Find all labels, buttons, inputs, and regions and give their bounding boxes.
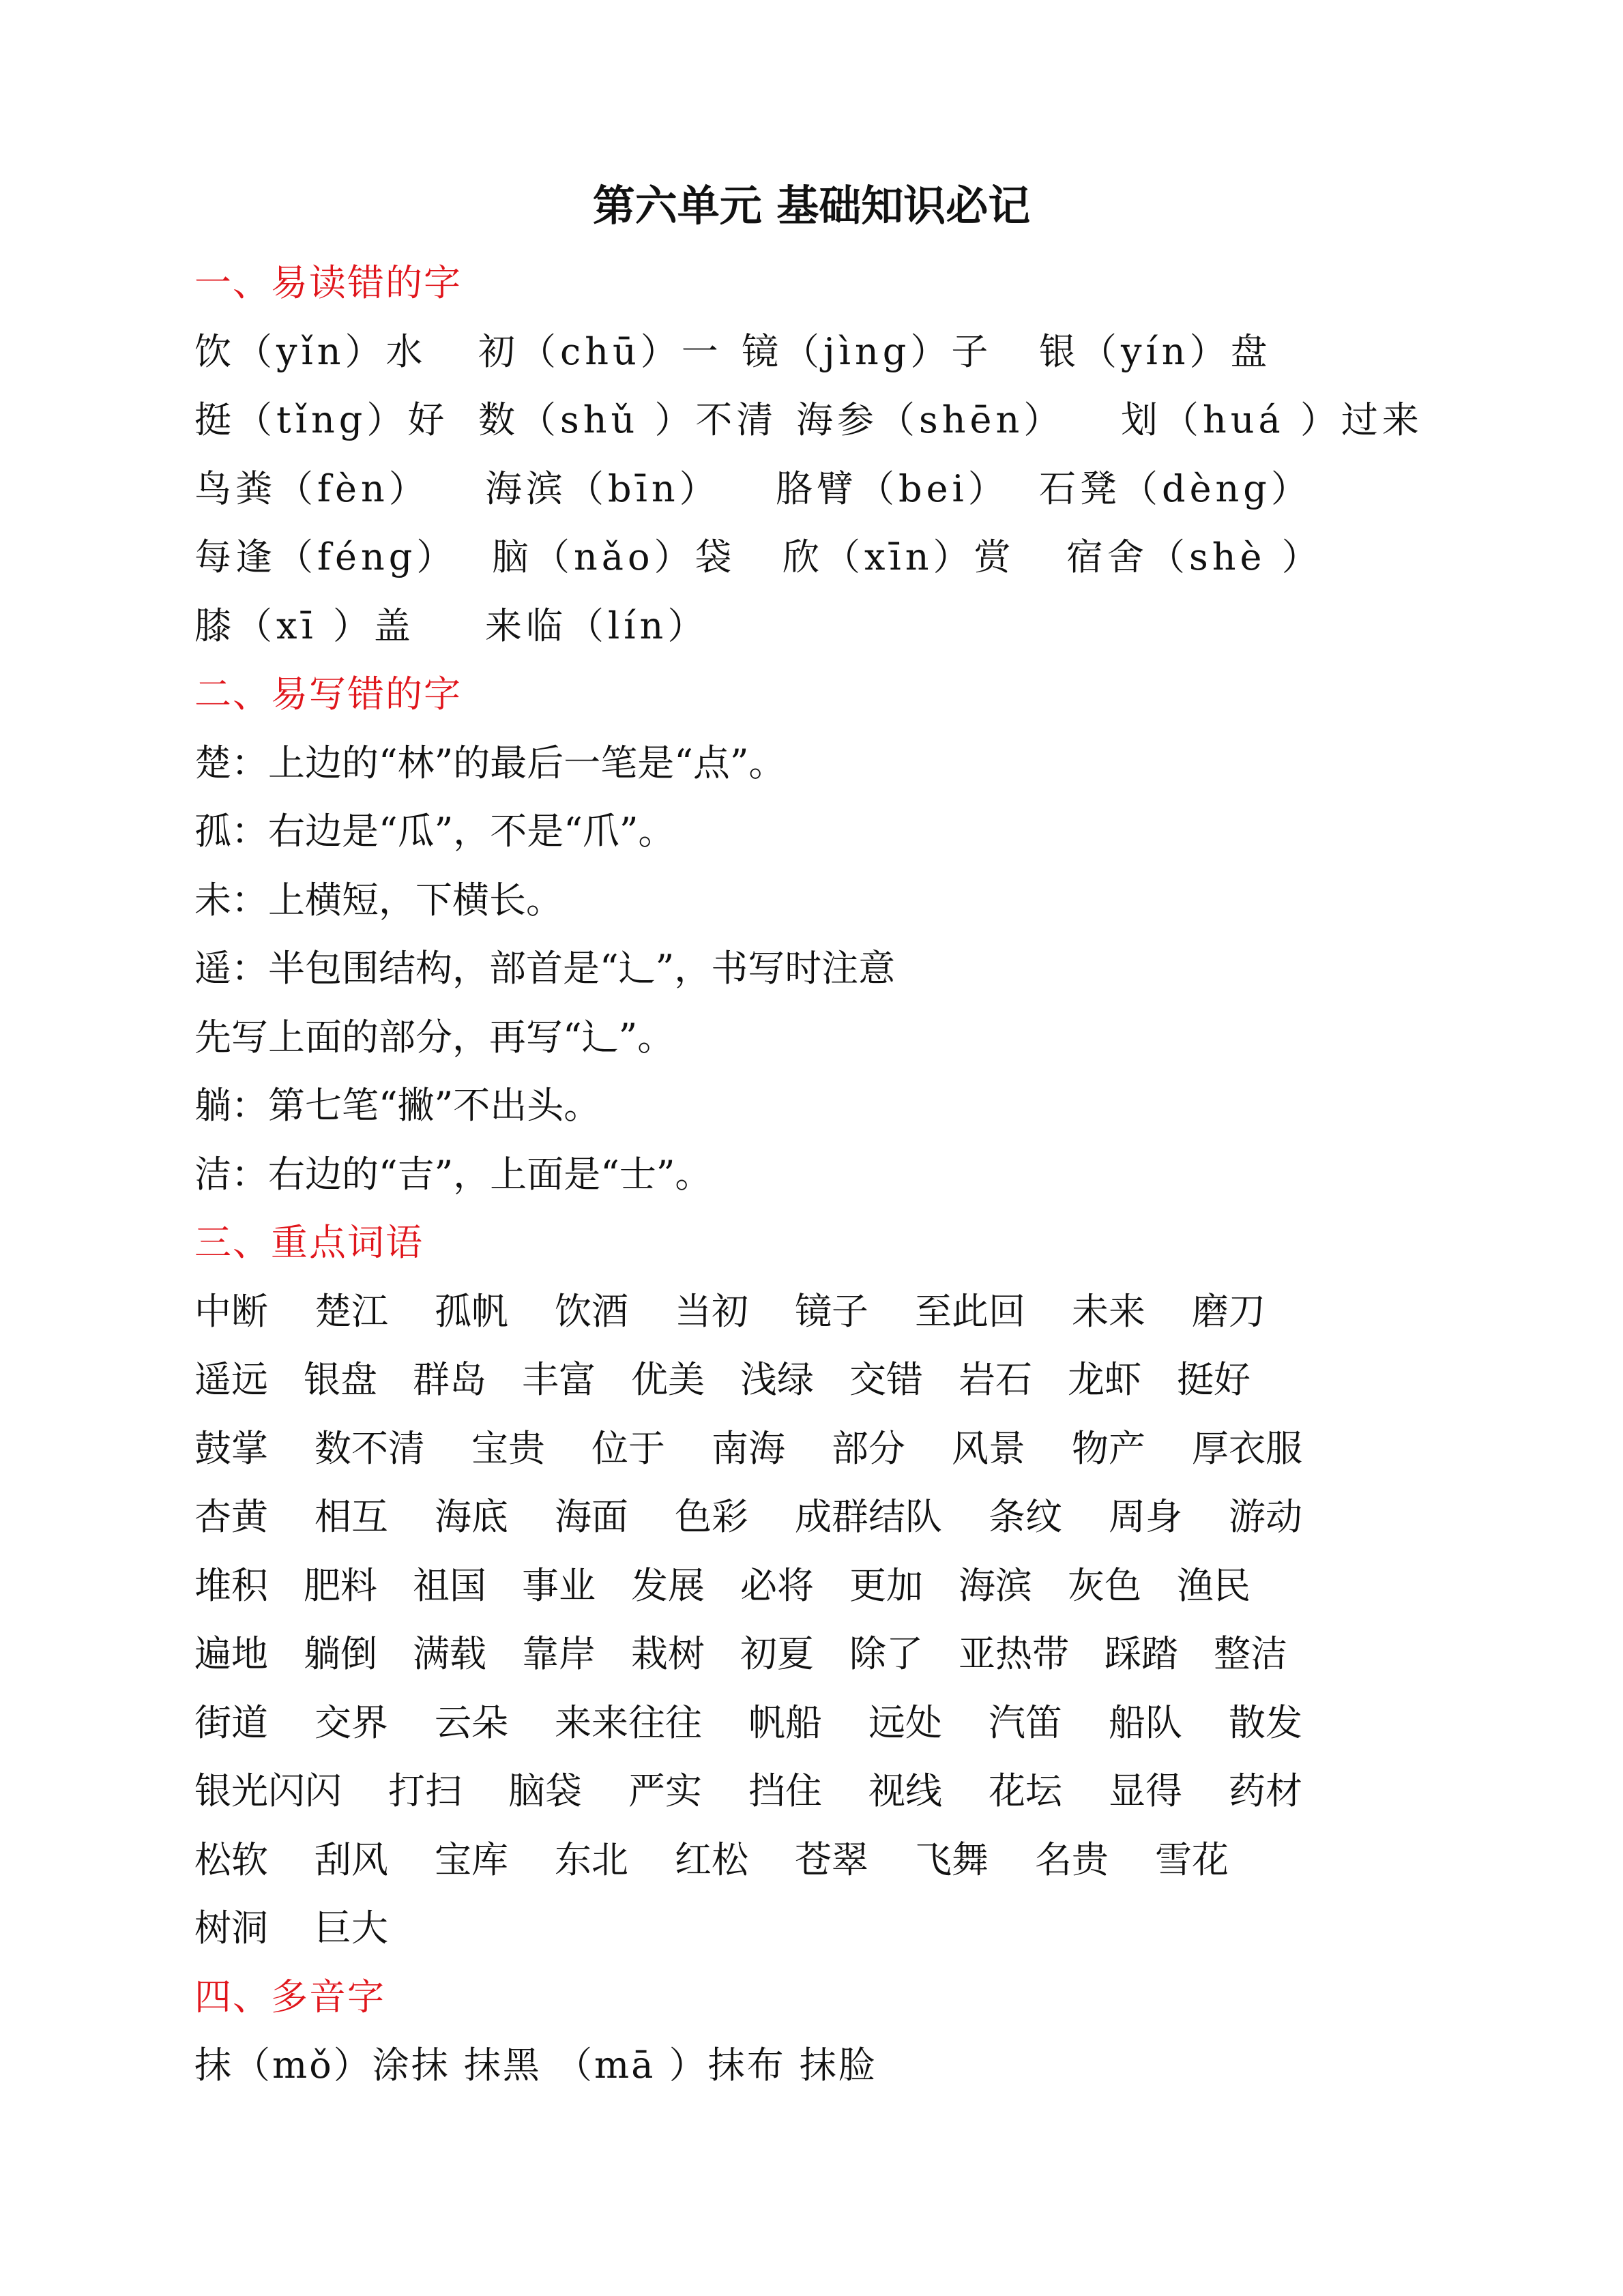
key-word: 事业 xyxy=(522,1552,596,1621)
pinyin-entry: 来临（lín） xyxy=(485,592,708,660)
key-word: 躺倒 xyxy=(304,1620,377,1689)
key-word: 丰富 xyxy=(522,1346,596,1415)
key-word: 鼓掌 xyxy=(194,1415,268,1484)
key-word: 挺好 xyxy=(1177,1346,1251,1415)
key-word: 南海 xyxy=(712,1415,785,1484)
key-word: 孤帆 xyxy=(435,1278,508,1346)
pinyin-entry: 海滨（bīn） xyxy=(485,455,737,523)
key-word: 巨大 xyxy=(315,1894,388,1963)
key-word: 必将 xyxy=(740,1552,814,1621)
key-words-row: 杏黄相互海底海面色彩成群结队条纹周身游动 xyxy=(194,1483,1491,1552)
key-word: 至此回 xyxy=(915,1278,1025,1346)
writing-note: 躺：第七笔“撇”不出头。 xyxy=(194,1072,1491,1140)
key-word: 杏黄 xyxy=(194,1483,268,1552)
key-word: 更加 xyxy=(849,1552,923,1621)
key-word: 灰色 xyxy=(1068,1552,1141,1621)
key-word: 花坛 xyxy=(989,1757,1062,1826)
key-word: 整洁 xyxy=(1214,1620,1287,1689)
document-page: 第六单元 基础知识必记 一、易读错的字 饮（yǐn）水初（chū）一镜（jìng… xyxy=(0,0,1623,2296)
key-word: 亚热带 xyxy=(959,1620,1069,1689)
key-word: 发展 xyxy=(631,1552,705,1621)
writing-note: 孤：右边是“瓜”，不是“爪”。 xyxy=(194,797,1491,866)
section-heading-miswritten-characters: 二、易写错的字 xyxy=(194,660,1491,729)
key-word: 楚江 xyxy=(315,1278,388,1346)
key-words-row: 鼓掌数不清宝贵位于南海部分风景物产厚衣服 xyxy=(194,1415,1491,1484)
key-word: 名贵 xyxy=(1035,1826,1109,1895)
key-word: 栽树 xyxy=(631,1620,705,1689)
key-word: 海面 xyxy=(555,1483,628,1552)
pinyin-entry: 每逢（féng） xyxy=(194,523,454,591)
writing-note: 未：上横短，下横长。 xyxy=(194,866,1491,935)
key-word: 散发 xyxy=(1229,1689,1302,1758)
pinyin-entry: 海参（shēn） xyxy=(796,386,1083,454)
key-word: 岩石 xyxy=(959,1346,1032,1415)
key-word: 成群结队 xyxy=(795,1483,942,1552)
key-word: 肥料 xyxy=(304,1552,377,1621)
key-word: 位于 xyxy=(591,1415,665,1484)
page-title: 第六单元 基础知识必记 xyxy=(0,179,1623,233)
key-word: 厚衣服 xyxy=(1192,1415,1302,1484)
key-words-row: 树洞巨大 xyxy=(194,1894,1491,1963)
key-word: 初夏 xyxy=(740,1620,814,1689)
key-word: 优美 xyxy=(631,1346,705,1415)
key-word: 银盘 xyxy=(304,1346,377,1415)
pinyin-row: 每逢（féng）脑（nǎo）袋欣（xīn）赏宿舍（shè ） xyxy=(194,523,1491,592)
key-word: 风景 xyxy=(952,1415,1025,1484)
key-word: 镜子 xyxy=(795,1278,868,1346)
key-word: 遍地 xyxy=(194,1620,268,1689)
key-word: 远处 xyxy=(868,1689,942,1758)
key-words-row: 银光闪闪打扫脑袋严实挡住视线花坛显得药材 xyxy=(194,1757,1491,1826)
key-word: 中断 xyxy=(194,1278,268,1346)
key-word: 交错 xyxy=(849,1346,923,1415)
key-word: 严实 xyxy=(628,1757,702,1826)
key-word: 汽笛 xyxy=(989,1689,1062,1758)
key-words-row: 堆积肥料祖国事业发展必将更加海滨灰色渔民 xyxy=(194,1552,1491,1621)
key-word: 宝贵 xyxy=(471,1415,545,1484)
writing-note: 洁：右边的“吉”，上面是“士”。 xyxy=(194,1140,1491,1209)
pinyin-entry: 初（chū）一 xyxy=(478,318,710,386)
key-word: 红松 xyxy=(675,1826,748,1895)
key-word: 周身 xyxy=(1109,1483,1182,1552)
key-word: 银光闪闪 xyxy=(194,1757,342,1826)
pinyin-entry: 宿舍（shè ） xyxy=(1066,523,1323,591)
pinyin-entry: 数（shǔ ）不清 xyxy=(478,386,772,454)
key-word: 除了 xyxy=(849,1620,923,1689)
pinyin-entry: 饮（yǐn）水 xyxy=(194,318,420,386)
key-word: 物产 xyxy=(1072,1415,1145,1484)
key-word: 踩踏 xyxy=(1105,1620,1178,1689)
key-words-row: 松软刮风宝库东北红松苍翠飞舞名贵雪花 xyxy=(194,1826,1491,1895)
pinyin-row: 膝（xī ）盖来临（lín） xyxy=(194,592,1491,661)
key-word: 渔民 xyxy=(1177,1552,1251,1621)
key-word: 挡住 xyxy=(748,1757,822,1826)
key-word: 浅绿 xyxy=(740,1346,814,1415)
pinyin-entry: 脑（nǎo）袋 xyxy=(492,523,744,591)
section-heading-polyphonic-characters: 四、多音字 xyxy=(194,1963,1491,2032)
key-word: 未来 xyxy=(1072,1278,1145,1346)
key-word: 东北 xyxy=(555,1826,628,1895)
key-word: 磨刀 xyxy=(1192,1278,1266,1346)
key-word: 雪花 xyxy=(1155,1826,1229,1895)
key-words-row: 遥远银盘群岛丰富优美浅绿交错岩石龙虾挺好 xyxy=(194,1346,1491,1415)
key-word: 松软 xyxy=(194,1826,268,1895)
key-word: 条纹 xyxy=(989,1483,1062,1552)
key-words-row: 中断楚江孤帆饮酒当初镜子至此回未来磨刀 xyxy=(194,1278,1491,1346)
key-word: 海滨 xyxy=(959,1552,1032,1621)
key-word: 脑袋 xyxy=(508,1757,582,1826)
key-words-row: 街道交界云朵来来往往帆船远处汽笛船队散发 xyxy=(194,1689,1491,1758)
key-word: 满载 xyxy=(413,1620,486,1689)
key-word: 飞舞 xyxy=(915,1826,989,1895)
writing-note: 楚：上边的“林”的最后一笔是“点”。 xyxy=(194,729,1491,798)
key-word: 来来往往 xyxy=(555,1689,702,1758)
key-word: 刮风 xyxy=(315,1826,388,1895)
pinyin-entry: 银（yín）盘 xyxy=(1039,318,1272,386)
key-word: 相互 xyxy=(315,1483,388,1552)
key-word: 云朵 xyxy=(435,1689,508,1758)
key-word: 遥远 xyxy=(194,1346,268,1415)
pinyin-entry: 挺（tǐng）好 xyxy=(194,386,454,454)
pinyin-entry: 欣（xīn）赏 xyxy=(783,523,1028,591)
key-word: 祖国 xyxy=(413,1552,486,1621)
pinyin-row: 挺（tǐng）好数（shǔ ）不清海参（shēn）划（huá ）过来 xyxy=(194,386,1491,455)
pinyin-entry: 膝（xī ）盖 xyxy=(194,592,447,660)
key-word: 群岛 xyxy=(413,1346,486,1415)
writing-note: 先写上面的部分，再写“辶”。 xyxy=(194,1003,1491,1072)
key-word: 药材 xyxy=(1229,1757,1302,1826)
key-word: 船队 xyxy=(1109,1689,1182,1758)
writing-note: 遥：半包围结构，部首是“辶”，书写时注意 xyxy=(194,934,1491,1003)
key-word: 海底 xyxy=(435,1483,508,1552)
key-word: 堆积 xyxy=(194,1552,268,1621)
pinyin-row: 鸟粪（fèn）海滨（bīn）胳臂（bei）石凳（dèng） xyxy=(194,455,1491,524)
key-word: 视线 xyxy=(868,1757,942,1826)
key-word: 靠岸 xyxy=(522,1620,596,1689)
key-word: 龙虾 xyxy=(1068,1346,1141,1415)
key-word: 数不清 xyxy=(315,1415,425,1484)
key-word: 部分 xyxy=(832,1415,905,1484)
pinyin-entry: 胳臂（bei） xyxy=(776,455,1001,523)
pinyin-entry: 镜（jìng）子 xyxy=(742,318,1001,386)
key-word: 饮酒 xyxy=(555,1278,628,1346)
key-word: 帆船 xyxy=(748,1689,822,1758)
key-word: 街道 xyxy=(194,1689,268,1758)
key-word: 打扫 xyxy=(388,1757,462,1826)
pinyin-entry: 石凳（dèng） xyxy=(1039,455,1312,523)
key-word: 交界 xyxy=(315,1689,388,1758)
key-word: 游动 xyxy=(1229,1483,1302,1552)
section-heading-misread-characters: 一、易读错的字 xyxy=(194,249,1491,318)
key-word: 树洞 xyxy=(194,1894,268,1963)
pinyin-entry: 划（huá ）过来 xyxy=(1121,386,1423,454)
pinyin-row: 饮（yǐn）水初（chū）一镜（jìng）子银（yín）盘 xyxy=(194,318,1491,387)
key-word: 宝库 xyxy=(435,1826,508,1895)
key-words-row: 遍地躺倒满载靠岸栽树初夏除了亚热带踩踏整洁 xyxy=(194,1620,1491,1689)
document-content: 一、易读错的字 饮（yǐn）水初（chū）一镜（jìng）子银（yín）盘 挺（… xyxy=(194,249,1491,2100)
key-word: 显得 xyxy=(1109,1757,1182,1826)
polyphonic-note: 抹（mǒ）涂抹 抹黑 （mā ）抹布 抹脸 xyxy=(194,2031,1491,2100)
key-word: 色彩 xyxy=(675,1483,748,1552)
key-word: 当初 xyxy=(675,1278,748,1346)
pinyin-entry: 鸟粪（fèn） xyxy=(194,455,447,523)
section-heading-key-words: 三、重点词语 xyxy=(194,1209,1491,1278)
key-words-list: 中断楚江孤帆饮酒当初镜子至此回未来磨刀遥远银盘群岛丰富优美浅绿交错岩石龙虾挺好鼓… xyxy=(194,1278,1491,1963)
key-word: 苍翠 xyxy=(795,1826,868,1895)
